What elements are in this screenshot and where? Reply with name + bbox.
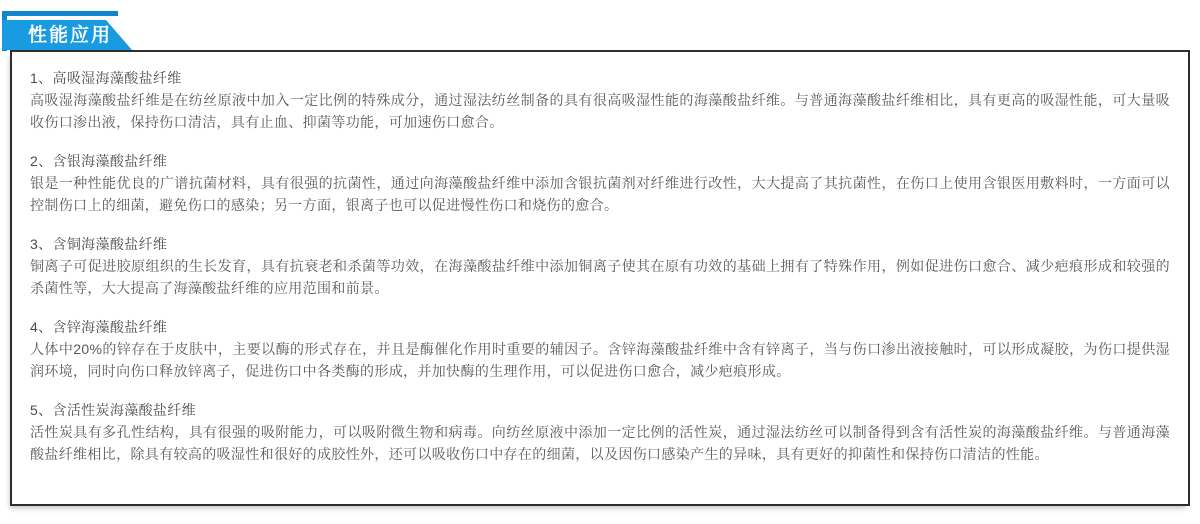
section-header-label: 性能应用 [2,26,112,45]
page: 性能应用 1、高吸湿海藻酸盐纤维 高吸湿海藻酸盐纤维是在纺丝原液中加入一定比例的… [0,0,1200,524]
fiber-section-4: 4、含锌海藻酸盐纤维 人体中20%的锌存在于皮肤中，主要以酶的形式存在，并且是酶… [30,316,1170,382]
fiber-section-3: 3、含铜海藻酸盐纤维 铜离子可促进胶原组织的生长发育，具有抗衰老和杀菌等功效，在… [30,233,1170,299]
fiber-section-1: 1、高吸湿海藻酸盐纤维 高吸湿海藻酸盐纤维是在纺丝原液中加入一定比例的特殊成分，… [30,67,1170,133]
section-header-tab: 性能应用 [2,20,132,50]
fiber-section-body: 高吸湿海藻酸盐纤维是在纺丝原液中加入一定比例的特殊成分，通过湿法纺丝制备的具有很… [30,89,1170,133]
fiber-section-body: 活性炭具有多孔性结构，具有很强的吸附能力，可以吸附微生物和病毒。向纺丝原液中添加… [30,421,1170,465]
fiber-section-title: 2、含银海藻酸盐纤维 [30,150,1170,172]
content-panel: 1、高吸湿海藻酸盐纤维 高吸湿海藻酸盐纤维是在纺丝原液中加入一定比例的特殊成分，… [10,50,1190,506]
fiber-section-2: 2、含银海藻酸盐纤维 银是一种性能优良的广谱抗菌材料，具有很强的抗菌性，通过向海… [30,150,1170,216]
fiber-section-body: 铜离子可促进胶原组织的生长发育，具有抗衰老和杀菌等功效，在海藻酸盐纤维中添加铜离… [30,255,1170,299]
fiber-section-body: 银是一种性能优良的广谱抗菌材料，具有很强的抗菌性，通过向海藻酸盐纤维中添加含银抗… [30,172,1170,216]
fiber-section-body: 人体中20%的锌存在于皮肤中，主要以酶的形式存在，并且是酶催化作用时重要的辅因子… [30,338,1170,382]
fiber-section-title: 1、高吸湿海藻酸盐纤维 [30,67,1170,89]
content-panel-inner: 1、高吸湿海藻酸盐纤维 高吸湿海藻酸盐纤维是在纺丝原液中加入一定比例的特殊成分，… [12,52,1188,465]
header-accent-bar [2,11,118,16]
fiber-section-title: 3、含铜海藻酸盐纤维 [30,233,1170,255]
fiber-section-title: 4、含锌海藻酸盐纤维 [30,316,1170,338]
fiber-section-5: 5、含活性炭海藻酸盐纤维 活性炭具有多孔性结构，具有很强的吸附能力，可以吸附微生… [30,399,1170,465]
fiber-section-title: 5、含活性炭海藻酸盐纤维 [30,399,1170,421]
